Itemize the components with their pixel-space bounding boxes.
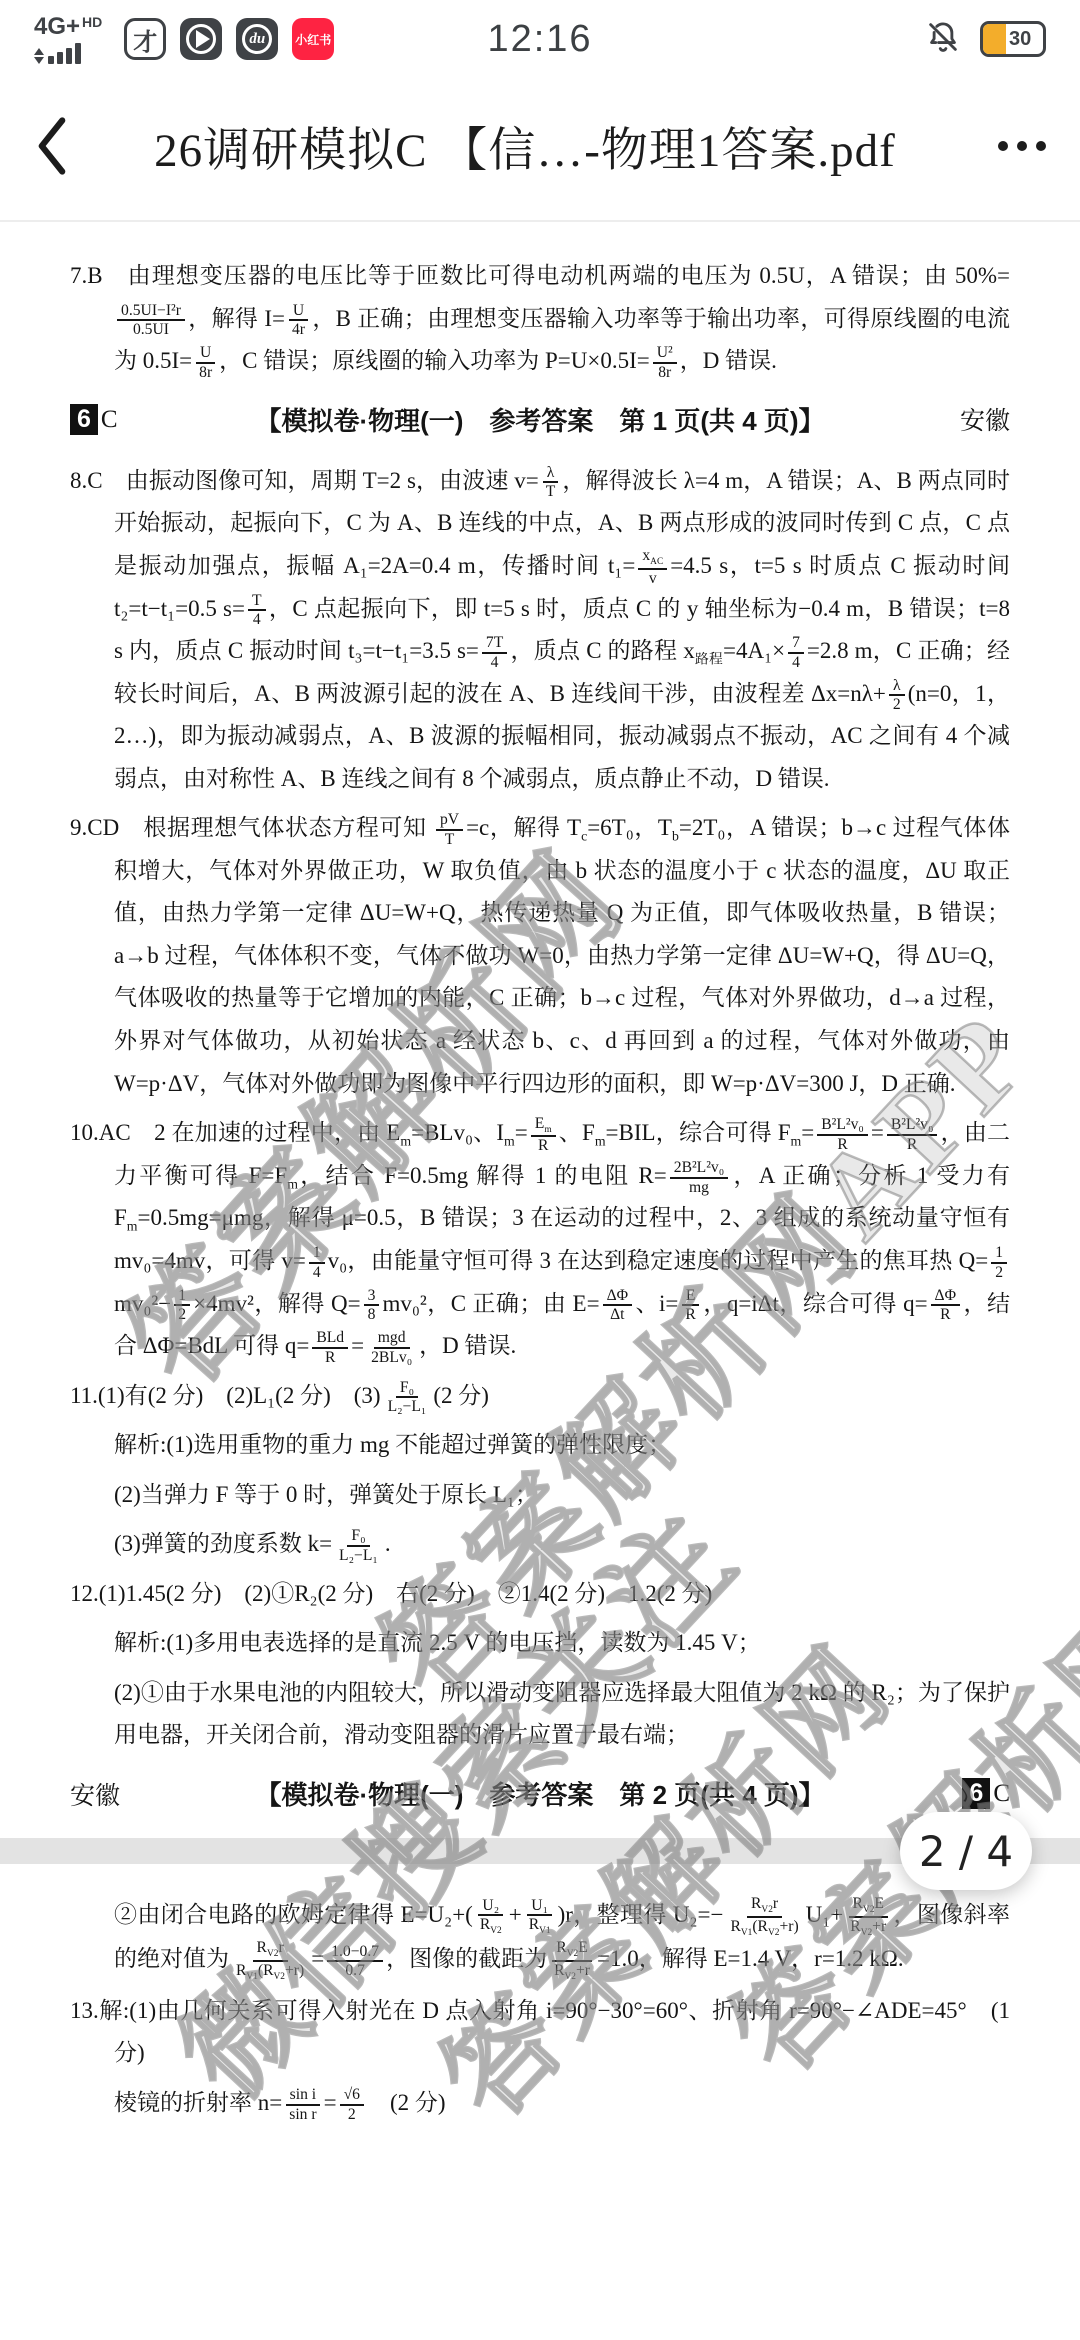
cai-app-glyph: 才: [133, 22, 157, 57]
page1-footer-region: 安徽: [850, 401, 1010, 437]
page-divider: 2 / 4: [0, 1838, 1080, 1864]
answer-paragraph: ②由闭合电路的欧姆定律得 E=U₂+(U₂RV2+U₁RV1)r，整理得 U₂=…: [70, 1894, 1010, 1983]
answer-paragraph: 12.(1)1.45(2 分) (2)①R₂(2 分) 右(2 分) ②1.4(…: [70, 1573, 1010, 1616]
answer-paragraph: 10.AC 2 在加速的过程中，由 Em=BLv₀、Im=EmR、Fm=BIL，…: [70, 1112, 1010, 1368]
more-options-button[interactable]: [956, 141, 1046, 151]
mute-bell-icon: [924, 18, 962, 61]
data-arrows-icon: [34, 48, 44, 64]
back-button[interactable]: [34, 117, 94, 175]
page2-footer-title: 【模拟卷·物理(一) 参考答案 第 2 页(共 4 页)】: [230, 1775, 850, 1812]
battery-fill: [983, 24, 1006, 54]
network-indicator: 4G+ HD: [34, 15, 102, 64]
answer-paragraph: 11.(1)有(2 分) (2)L₁(2 分) (3)F₀L₂−L₁(2 分): [70, 1375, 1010, 1418]
xiaohongshu-app-icon: 小红书: [292, 18, 334, 60]
notification-icons: 才 du 小红书: [124, 18, 334, 60]
answer-paragraph: 解析:(1)多用电表选择的是直流 2.5 V 的电压挡，读数为 1.45 V；: [70, 1622, 1010, 1665]
page1-footer: 6C 【模拟卷·物理(一) 参考答案 第 1 页(共 4 页)】 安徽: [70, 401, 1010, 438]
answer-paragraph: 9.CD 根据理想气体状态方程可知 pVT=c，解得 Tc=6T₀，Tb=2T₀…: [70, 807, 1010, 1105]
answer-paragraph: 13.解:(1)由几何关系可得入射光在 D 点入射角 i=90°−30°=60°…: [70, 1990, 1010, 2075]
chevron-left-icon: [34, 117, 70, 175]
answers-section-page1-main: 8.C 由振动图像可知，周期 T=2 s，由波速 v=λT，解得波长 λ=4 m…: [70, 460, 1010, 1757]
baidu-search-icon: du: [236, 18, 278, 60]
answers-section-page2: ②由闭合电路的欧姆定律得 E=U₂+(U₂RV2+U₁RV1)r，整理得 U₂=…: [70, 1894, 1010, 2124]
document-title: 26调研模拟C 【信…-物理1答案.pdf: [94, 113, 956, 180]
dot-icon: [1017, 141, 1027, 151]
network-type-label: 4G+: [34, 15, 80, 39]
battery-percentage: 30: [1009, 28, 1031, 51]
page2-footer: 安徽 【模拟卷·物理(一) 参考答案 第 2 页(共 4 页)】 6C: [70, 1775, 1010, 1812]
answer-paragraph: (2)当弹力 F 等于 0 时，弹簧处于原长 L₁；: [70, 1474, 1010, 1517]
page2-footer-region: 安徽: [70, 1776, 230, 1812]
answer-paragraph: 棱镜的折射率 n=sin isin r=√62 (2 分): [70, 2082, 1010, 2125]
page-indicator: 2 / 4: [900, 1812, 1032, 1890]
app-header: 26调研模拟C 【信…-物理1答案.pdf: [0, 72, 1080, 222]
answer-paragraph: (3)弹簧的劲度系数 k=F₀L₂−L₁.: [70, 1523, 1010, 1566]
answer-code: C: [993, 1780, 1010, 1807]
answers-section-page1-top: 7.B 由理想变压器的电压比等于匝数比可得电动机两端的电压为 0.5U，A 错误…: [70, 255, 1010, 383]
answer-code: C: [101, 406, 118, 433]
network-hd-label: HD: [82, 15, 102, 29]
page1-footer-title: 【模拟卷·物理(一) 参考答案 第 1 页(共 4 页)】: [230, 401, 850, 438]
answer-paragraph: 8.C 由振动图像可知，周期 T=2 s，由波速 v=λT，解得波长 λ=4 m…: [70, 460, 1010, 801]
answer-badge: 6: [70, 404, 98, 435]
status-bar: 4G+ HD 才 du 小红书 12:16: [0, 0, 1080, 72]
answer-badge: 6: [962, 1778, 990, 1809]
pdf-viewport[interactable]: 7.B 由理想变压器的电压比等于匝数比可得电动机两端的电压为 0.5U，A 错误…: [0, 222, 1080, 2124]
answer-paragraph: (2)①由于水果电池的内阻较大，所以滑动变阻器应选择最大阻值为 2 kΩ 的 R…: [70, 1672, 1010, 1757]
battery-icon: 30: [980, 21, 1046, 57]
cai-app-icon: 才: [124, 18, 166, 60]
dot-icon: [1036, 141, 1046, 151]
dot-icon: [998, 141, 1008, 151]
signal-strength-icon: [48, 43, 84, 64]
xiaohongshu-label: 小红书: [295, 31, 331, 48]
answer-paragraph: 7.B 由理想变压器的电压比等于匝数比可得电动机两端的电压为 0.5U，A 错误…: [70, 255, 1010, 383]
baidu-label: du: [242, 24, 272, 54]
answer-paragraph: 解析:(1)选用重物的重力 mg 不能超过弹簧的弹性限度；: [70, 1424, 1010, 1467]
video-play-icon: [180, 18, 222, 60]
clock-time: 12:16: [487, 18, 592, 61]
